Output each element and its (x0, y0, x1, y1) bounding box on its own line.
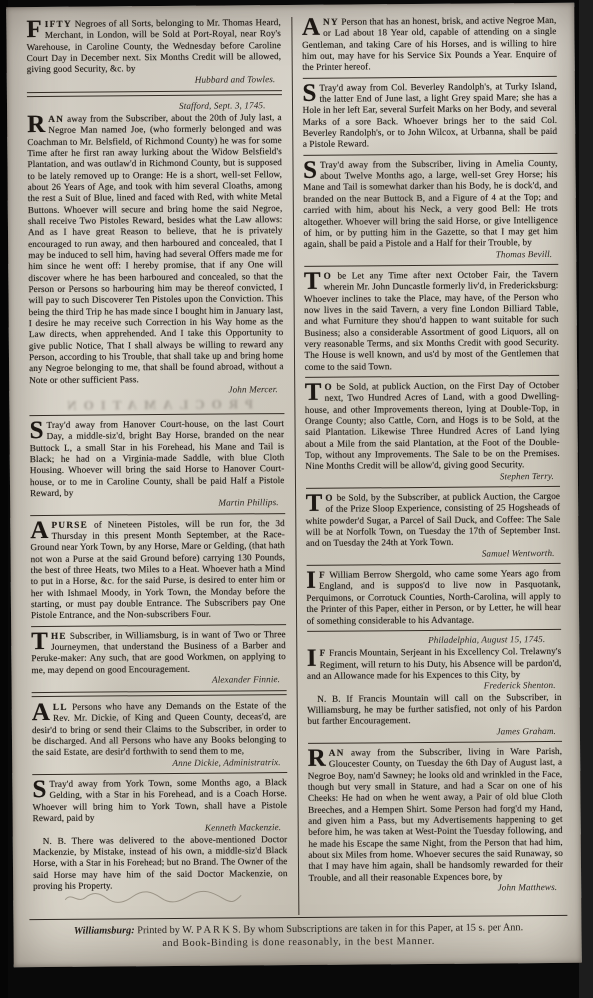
ad-signature: Thomas Bevill. (304, 248, 559, 261)
drop-cap: A (32, 702, 53, 723)
nota-bene: N. B. If Francis Mountain will call on t… (307, 691, 562, 727)
ink-bleed-smudge: PROCLAMATION (29, 398, 284, 411)
ad-lead-word: O (325, 493, 334, 503)
ad-strayed-black-gelding: S Tray'd away from York Town, some Month… (32, 777, 287, 906)
ad-text: be Sold, by the Subscriber, at publick A… (306, 491, 561, 548)
ad-text: Subscriber, in Williamsburg, is in want … (31, 629, 286, 675)
ad-strayed-bay-horse: S Tray'd away from Hanover Court-house, … (29, 418, 284, 511)
right-column: A NY Person that has an honest, brisk, a… (292, 15, 572, 915)
ad-dateline: Philadelphia, August 15, 1745. (307, 634, 562, 647)
ad-land-auction: T O be Sold, at publick Auction, on the … (305, 380, 560, 484)
ad-lead-word: LL (53, 702, 68, 712)
ad-fifty-negroes-sale: F IFTY Negroes of all Sorts, belonging t… (26, 17, 281, 87)
drop-cap: I (307, 648, 320, 669)
drop-cap: T (304, 271, 324, 292)
section-rule (308, 741, 563, 744)
ad-lead-word: AN (48, 114, 64, 124)
ad-text: William Berrow Shergold, who came some Y… (306, 568, 561, 625)
imprint-text: Printed by W. P A R K S. By whom Subscri… (137, 922, 523, 936)
drop-cap: R (27, 114, 48, 135)
ad-text: be Let any Time after next October Fair,… (304, 269, 559, 372)
ad-negro-man-to-hire: A NY Person that has an honest, brisk, a… (302, 15, 557, 74)
drop-cap: S (302, 83, 319, 104)
ad-shergold-notice: I F William Berrow Shergold, who came so… (306, 568, 561, 627)
scan-background: F IFTY Negroes of all Sorts, belonging t… (0, 0, 593, 998)
section-rule (307, 629, 562, 632)
ad-text: Tray'd away from York Town, some Months … (32, 777, 287, 823)
newspaper-page: F IFTY Negroes of all Sorts, belonging t… (6, 3, 582, 967)
ad-lead-word: O (324, 382, 333, 392)
drop-cap: S (29, 420, 46, 441)
nota-bene: N. B. There was delivered to the above-m… (33, 834, 288, 893)
imprint-place: Williamsburg: (74, 925, 135, 936)
ad-tavern-to-let: T O be Let any Time after next October F… (304, 269, 559, 373)
section-rule (31, 624, 286, 627)
section-rule (29, 413, 284, 416)
ad-lead-word: F (320, 648, 327, 658)
section-rule (32, 690, 287, 696)
printer-imprint: Williamsburg: Printed by W. P A R K S. B… (29, 915, 567, 951)
section-rule (32, 772, 287, 775)
drop-cap: F (26, 19, 45, 40)
ad-runaway-joe: Stafford, Sept. 3, 1745. R AN away from … (27, 100, 284, 398)
ad-horse-race-purse: A PURSE of Nineteen Pistoles, will be ru… (30, 518, 285, 622)
ad-signature: Stephen Terry. (305, 471, 560, 484)
ad-text: Francis Mountain, Serjeant in his Excell… (307, 646, 561, 681)
ad-text: Persons who have any Demands on the Esta… (32, 700, 287, 757)
ad-text: of Nineteen Pistoles, will be run for, t… (30, 518, 285, 621)
left-column: F IFTY Negroes of all Sorts, belonging t… (20, 17, 299, 917)
ad-text: Tray'd away from the Subscriber, living … (303, 158, 558, 249)
drop-cap: S (32, 779, 49, 800)
section-rule (306, 486, 560, 489)
ad-signature: Samuel Wentworth. (306, 548, 561, 561)
ad-dateline: Stafford, Sept. 3, 1745. (27, 100, 282, 113)
section-rule (302, 76, 557, 79)
ad-text: away from the Subscriber, about the 20th… (27, 112, 283, 385)
drop-cap: S (303, 160, 320, 181)
ad-signature: Anne Dickie, Administratrix. (32, 757, 287, 770)
advert-columns: F IFTY Negroes of all Sorts, belonging t… (6, 3, 581, 917)
ad-lead-word: PURSE (51, 519, 88, 529)
ad-lead-word: HE (51, 630, 67, 640)
handwritten-annotation (63, 889, 243, 906)
section-rule (30, 513, 285, 516)
ad-signature: Alexander Finnie. (31, 674, 286, 687)
section-rule (27, 90, 282, 96)
ad-text: Tray'd away from Hanover Court-house, on… (30, 418, 285, 498)
ad-francis-mountain: Philadelphia, August 15, 1745. I F Franc… (307, 634, 562, 739)
section-rule (303, 153, 558, 156)
ad-lead-word: AN (329, 748, 345, 758)
ad-lead-word: F (319, 570, 326, 580)
ad-dickie-estate: A LL Persons who have any Demands on the… (32, 700, 287, 770)
nb-signature: James Graham. (307, 725, 562, 738)
drop-cap: I (306, 570, 319, 591)
drop-cap: R (308, 748, 329, 769)
section-rule (305, 375, 560, 378)
ad-sloop-cargo-auction: T O be Sold, by the Subscriber, at publi… (306, 491, 561, 561)
ad-strayed-grey-mare: S Tray'd away from Col. Beverley Randolp… (302, 81, 557, 151)
ad-signature: John Matthews. (309, 882, 564, 895)
ad-lead-word: O (324, 271, 333, 281)
ad-lead-word: NY (323, 17, 339, 27)
section-rule (306, 563, 561, 566)
drop-cap: T (306, 493, 326, 514)
ad-signature: Hubbard and Towles. (27, 74, 282, 87)
drop-cap: A (30, 520, 51, 541)
ad-text: Person that has an honest, brisk, and ac… (302, 15, 557, 72)
ad-runaway-sawney: R AN away from the Subscriber, living in… (308, 746, 564, 895)
section-rule (304, 264, 559, 267)
drop-cap: T (31, 631, 51, 652)
drop-cap: T (305, 382, 325, 403)
ad-lead-word: IFTY (45, 19, 72, 29)
ad-barber-journeymen: T HE Subscriber, in Williamsburg, is in … (31, 629, 286, 688)
ad-signature: Martin Phillips. (30, 497, 285, 510)
ad-text: away from the Subscriber, living in Ware… (308, 746, 563, 883)
ad-text: Tray'd away from Col. Beverley Randolph'… (303, 81, 558, 150)
drop-cap: A (302, 17, 323, 38)
ad-strayed-grey-horse: S Tray'd away from the Subscriber, livin… (303, 158, 558, 262)
ad-text: be Sold, at publick Auction, on the Firs… (305, 380, 560, 471)
